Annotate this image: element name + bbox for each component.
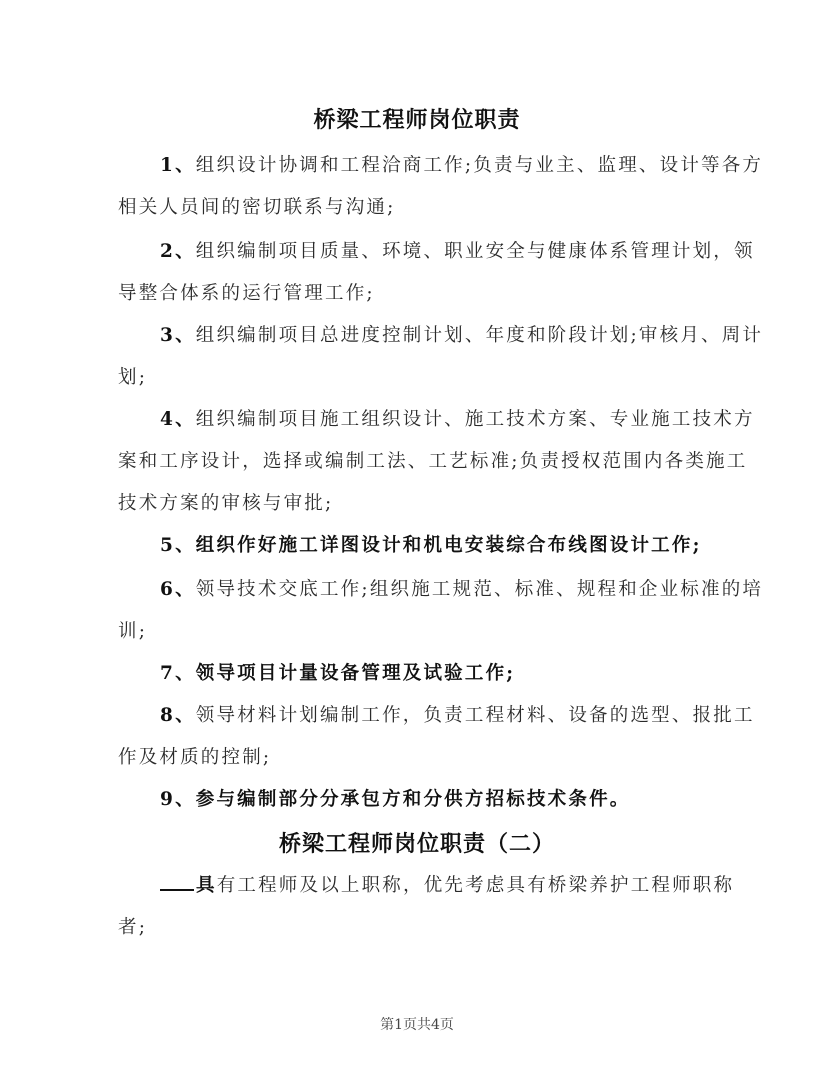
item-text: 组织编制项目总进度控制计划、年度和阶段计划;审核月、周计 [196, 325, 763, 346]
list-item-5: 5、组织作好施工详图设计和机电安装综合布线图设计工作; [160, 531, 760, 557]
item-text: 组织设计协调和工程洽商工作;负责与业主、监理、设计等各方 [196, 155, 763, 176]
section-2-paragraph: 具有工程师及以上职称，优先考虑具有桥梁养护工程师职称 [160, 871, 760, 897]
item-number: 5、 [160, 535, 196, 556]
item-number: 2、 [160, 241, 196, 262]
list-item-2-cont: 导整合体系的运行管理工作; [118, 279, 718, 305]
item-number: 4、 [160, 409, 196, 430]
item-text: 组织编制项目质量、环境、职业安全与健康体系管理计划，领 [196, 241, 755, 262]
blank-underline [160, 888, 194, 891]
list-item-8: 8、领导材料计划编制工作，负责工程材料、设备的选型、报批工 [160, 701, 760, 727]
item-text: 领导技术交底工作;组织施工规范、标准、规程和企业标准的培 [196, 579, 763, 600]
list-item-6-cont: 训; [118, 617, 718, 643]
document-title: 桥梁工程师岗位职责 [0, 103, 834, 134]
item-text: 参与编制部分分承包方和分供方招标技术条件。 [196, 789, 631, 810]
list-item-7: 7、领导项目计量设备管理及试验工作; [160, 659, 760, 685]
item-number: 3、 [160, 325, 196, 346]
paragraph-text: 有工程师及以上职称，优先考虑具有桥梁养护工程师职称 [217, 875, 735, 896]
section-2-title: 桥梁工程师岗位职责（二） [0, 827, 834, 858]
item-text: 组织编制项目施工组织设计、施工技术方案、专业施工技术方 [196, 409, 755, 430]
item-number: 8、 [160, 705, 196, 726]
list-item-3-cont: 划; [118, 363, 718, 389]
item-number: 9、 [160, 789, 196, 810]
item-text: 领导材料计划编制工作，负责工程材料、设备的选型、报批工 [196, 705, 755, 726]
item-text: 领导项目计量设备管理及试验工作; [196, 663, 516, 684]
list-item-1: 1、组织设计协调和工程洽商工作;负责与业主、监理、设计等各方 [160, 151, 760, 177]
list-item-9: 9、参与编制部分分承包方和分供方招标技术条件。 [160, 785, 760, 811]
list-item-3: 3、组织编制项目总进度控制计划、年度和阶段计划;审核月、周计 [160, 321, 760, 347]
page-number-footer: 第1页共4页 [0, 1014, 834, 1034]
section-2-paragraph-cont: 者; [118, 913, 718, 939]
list-item-4: 4、组织编制项目施工组织设计、施工技术方案、专业施工技术方 [160, 405, 760, 431]
list-item-4-cont: 案和工序设计，选择或编制工法、工艺标准;负责授权范围内各类施工 [118, 447, 718, 473]
item-text: 组织作好施工详图设计和机电安装综合布线图设计工作; [196, 535, 702, 556]
list-item-4-cont2: 技术方案的审核与审批; [118, 489, 718, 515]
document-page: 桥梁工程师岗位职责 1、组织设计协调和工程洽商工作;负责与业主、监理、设计等各方… [0, 0, 834, 1080]
list-item-8-cont: 作及材质的控制; [118, 743, 718, 769]
bold-char: 具 [196, 875, 217, 896]
item-number: 7、 [160, 663, 196, 684]
list-item-6: 6、领导技术交底工作;组织施工规范、标准、规程和企业标准的培 [160, 575, 760, 601]
list-item-1-cont: 相关人员间的密切联系与沟通; [118, 193, 718, 219]
item-number: 1、 [160, 155, 196, 176]
item-number: 6、 [160, 579, 196, 600]
list-item-2: 2、组织编制项目质量、环境、职业安全与健康体系管理计划，领 [160, 237, 760, 263]
